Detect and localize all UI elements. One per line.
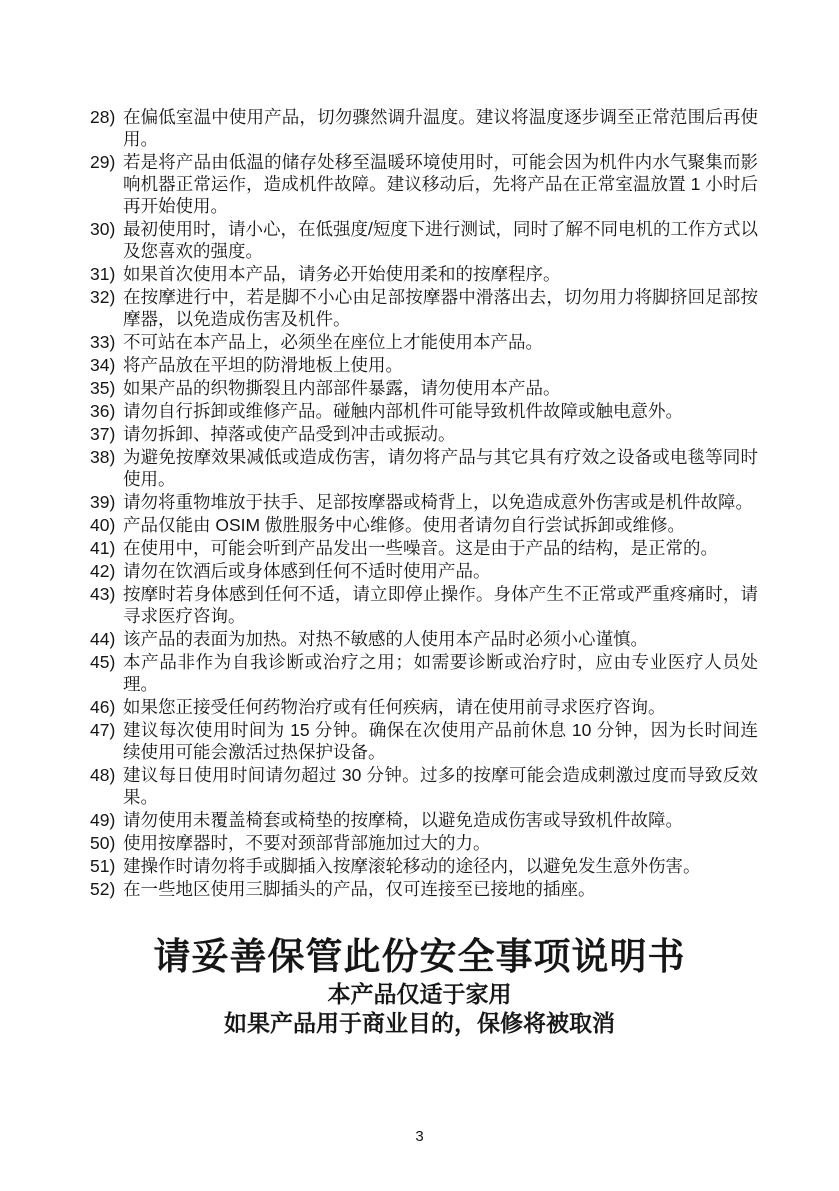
safety-instruction-item: 36) 请勿自行拆卸或维修产品。碰触内部机件可能导致机件故障或触电意外。 — [90, 400, 758, 422]
item-text: 在使用中，可能会听到产品发出一些噪音。这是由于产品的结构，是正常的。 — [123, 538, 718, 558]
item-number: 43) — [90, 583, 115, 605]
safety-instruction-item: 49) 请勿使用未覆盖椅套或椅垫的按摩椅，以避免造成伤害或导致机件故障。 — [90, 809, 758, 831]
safety-instruction-item: 41) 在使用中，可能会听到产品发出一些噪音。这是由于产品的结构，是正常的。 — [90, 537, 758, 559]
item-number: 47) — [90, 719, 115, 741]
safety-instruction-item: 52) 在一些地区使用三脚插头的产品，仅可连接至已接地的插座。 — [90, 878, 758, 900]
item-text: 请勿拆卸、掉落或使产品受到冲击或振动。 — [123, 424, 456, 444]
item-text: 请勿自行拆卸或维修产品。碰触内部机件可能导致机件故障或触电意外。 — [123, 401, 683, 421]
safety-instruction-item: 45) 本产品非作为自我诊断或治疗之用；如需要诊断或治疗时，应由专业医疗人员处理… — [90, 651, 758, 695]
item-text: 将产品放在平坦的防滑地板上使用。 — [123, 355, 403, 375]
item-text: 在按摩进行中，若是脚不小心由足部按摩器中滑落出去，切勿用力将脚挤回足部按摩器，以… — [123, 287, 758, 329]
safety-instruction-item: 48) 建议每日使用时间请勿超过 30 分钟。过多的按摩可能会造成刺激过度而导致… — [90, 764, 758, 808]
item-text: 请勿在饮酒后或身体感到任何不适时使用产品。 — [123, 561, 491, 581]
item-number: 39) — [90, 491, 115, 513]
page-number: 3 — [0, 1128, 839, 1146]
safety-instruction-item: 29) 若是将产品由低温的储存处移至温暖环境使用时，可能会因为机件内水气聚集而影… — [90, 151, 758, 217]
item-number: 36) — [90, 400, 115, 422]
item-number: 28) — [90, 106, 115, 128]
item-number: 33) — [90, 331, 115, 353]
item-text: 为避免按摩效果减低或造成伤害，请勿将产品与其它具有疗效之设备或电毯等同时使用。 — [123, 447, 758, 489]
item-number: 46) — [90, 696, 115, 718]
item-text: 不可站在本产品上，必须坐在座位上才能使用本产品。 — [123, 332, 543, 352]
safety-instruction-item: 39) 请勿将重物堆放于扶手、足部按摩器或椅背上，以免造成意外伤害或是机件故障。 — [90, 491, 758, 513]
item-number: 29) — [90, 151, 115, 173]
item-number: 51) — [90, 855, 115, 877]
item-text: 如果产品的织物撕裂且内部部件暴露，请勿使用本产品。 — [123, 378, 561, 398]
commercial-warranty-subheading: 如果产品用于商业目的，保修将被取消 — [0, 1009, 839, 1038]
item-text: 如果首次使用本产品，请务必开始使用柔和的按摩程序。 — [123, 264, 561, 284]
item-number: 41) — [90, 537, 115, 559]
item-number: 49) — [90, 809, 115, 831]
item-text: 在偏低室温中使用产品，切勿骤然调升温度。建议将温度逐步调至正常范围后再使用。 — [123, 107, 758, 149]
safety-instruction-item: 50) 使用按摩器时，不要对颈部背部施加过大的力。 — [90, 832, 758, 854]
safety-instruction-item: 40) 产品仅能由 OSIM 傲胜服务中心维修。使用者请勿自行尝试拆卸或维修。 — [90, 514, 758, 536]
item-number: 48) — [90, 764, 115, 786]
item-text: 按摩时若身体感到任何不适，请立即停止操作。身体产生不正常或严重疼痛时，请寻求医疗… — [123, 584, 758, 626]
keep-instructions-heading: 请妥善保管此份安全事项说明书 — [0, 934, 839, 980]
item-text: 在一些地区使用三脚插头的产品，仅可连接至已接地的插座。 — [123, 879, 596, 899]
item-number: 34) — [90, 354, 115, 376]
item-number: 40) — [90, 514, 115, 536]
safety-instruction-item: 47) 建议每次使用时间为 15 分钟。确保在次使用产品前休息 10 分钟，因为… — [90, 719, 758, 763]
item-number: 31) — [90, 263, 115, 285]
item-text: 建议每次使用时间为 15 分钟。确保在次使用产品前休息 10 分钟，因为长时间连… — [123, 720, 758, 762]
item-number: 37) — [90, 423, 115, 445]
item-text: 请勿使用未覆盖椅套或椅垫的按摩椅，以避免造成伤害或导致机件故障。 — [123, 810, 683, 830]
safety-instruction-item: 43) 按摩时若身体感到任何不适，请立即停止操作。身体产生不正常或严重疼痛时，请… — [90, 583, 758, 627]
item-number: 52) — [90, 878, 115, 900]
item-number: 50) — [90, 832, 115, 854]
household-use-subheading: 本产品仅适于家用 — [0, 980, 839, 1009]
safety-instruction-item: 35) 如果产品的织物撕裂且内部部件暴露，请勿使用本产品。 — [90, 377, 758, 399]
item-number: 30) — [90, 218, 115, 240]
safety-instruction-item: 30) 最初使用时，请小心，在低强度/短度下进行测试，同时了解不同电机的工作方式… — [90, 218, 758, 262]
item-text: 产品仅能由 OSIM 傲胜服务中心维修。使用者请勿自行尝试拆卸或维修。 — [123, 515, 685, 535]
item-number: 42) — [90, 560, 115, 582]
item-number: 44) — [90, 628, 115, 650]
safety-instruction-item: 37) 请勿拆卸、掉落或使产品受到冲击或振动。 — [90, 423, 758, 445]
item-text: 最初使用时，请小心，在低强度/短度下进行测试，同时了解不同电机的工作方式以及您喜… — [123, 219, 758, 261]
item-text: 若是将产品由低温的储存处移至温暖环境使用时，可能会因为机件内水气聚集而影响机器正… — [123, 152, 758, 216]
safety-instruction-item: 44) 该产品的表面为加热。对热不敏感的人使用本产品时必须小心谨慎。 — [90, 628, 758, 650]
item-text: 建议每日使用时间请勿超过 30 分钟。过多的按摩可能会造成刺激过度而导致反效果。 — [123, 765, 758, 807]
safety-instruction-item: 42) 请勿在饮酒后或身体感到任何不适时使用产品。 — [90, 560, 758, 582]
item-number: 45) — [90, 651, 115, 673]
item-number: 32) — [90, 286, 115, 308]
item-number: 38) — [90, 446, 115, 468]
safety-instruction-item: 31) 如果首次使用本产品，请务必开始使用柔和的按摩程序。 — [90, 263, 758, 285]
safety-instruction-item: 51) 建操作时请勿将手或脚插入按摩滚轮移动的途径内，以避免发生意外伤害。 — [90, 855, 758, 877]
safety-instruction-item: 34) 将产品放在平坦的防滑地板上使用。 — [90, 354, 758, 376]
safety-instruction-item: 38) 为避免按摩效果减低或造成伤害，请勿将产品与其它具有疗效之设备或电毯等同时… — [90, 446, 758, 490]
item-text: 建操作时请勿将手或脚插入按摩滚轮移动的途径内，以避免发生意外伤害。 — [123, 856, 701, 876]
item-text: 如果您正接受任何药物治疗或有任何疾病，请在使用前寻求医疗咨询。 — [123, 697, 666, 717]
item-text: 本产品非作为自我诊断或治疗之用；如需要诊断或治疗时，应由专业医疗人员处理。 — [123, 652, 758, 694]
safety-instruction-item: 28) 在偏低室温中使用产品，切勿骤然调升温度。建议将温度逐步调至正常范围后再使… — [90, 106, 758, 150]
item-text: 请勿将重物堆放于扶手、足部按摩器或椅背上，以免造成意外伤害或是机件故障。 — [123, 492, 753, 512]
item-text: 该产品的表面为加热。对热不敏感的人使用本产品时必须小心谨慎。 — [123, 629, 648, 649]
item-text: 使用按摩器时，不要对颈部背部施加过大的力。 — [123, 833, 491, 853]
item-number: 35) — [90, 377, 115, 399]
safety-instructions-list: 28) 在偏低室温中使用产品，切勿骤然调升温度。建议将温度逐步调至正常范围后再使… — [90, 106, 758, 901]
safety-instruction-item: 33) 不可站在本产品上，必须坐在座位上才能使用本产品。 — [90, 331, 758, 353]
document-page: 28) 在偏低室温中使用产品，切勿骤然调升温度。建议将温度逐步调至正常范围后再使… — [0, 0, 839, 1191]
closing-heading-block: 请妥善保管此份安全事项说明书 本产品仅适于家用 如果产品用于商业目的，保修将被取… — [0, 934, 839, 1038]
safety-instruction-item: 46) 如果您正接受任何药物治疗或有任何疾病，请在使用前寻求医疗咨询。 — [90, 696, 758, 718]
safety-instruction-item: 32) 在按摩进行中，若是脚不小心由足部按摩器中滑落出去，切勿用力将脚挤回足部按… — [90, 286, 758, 330]
